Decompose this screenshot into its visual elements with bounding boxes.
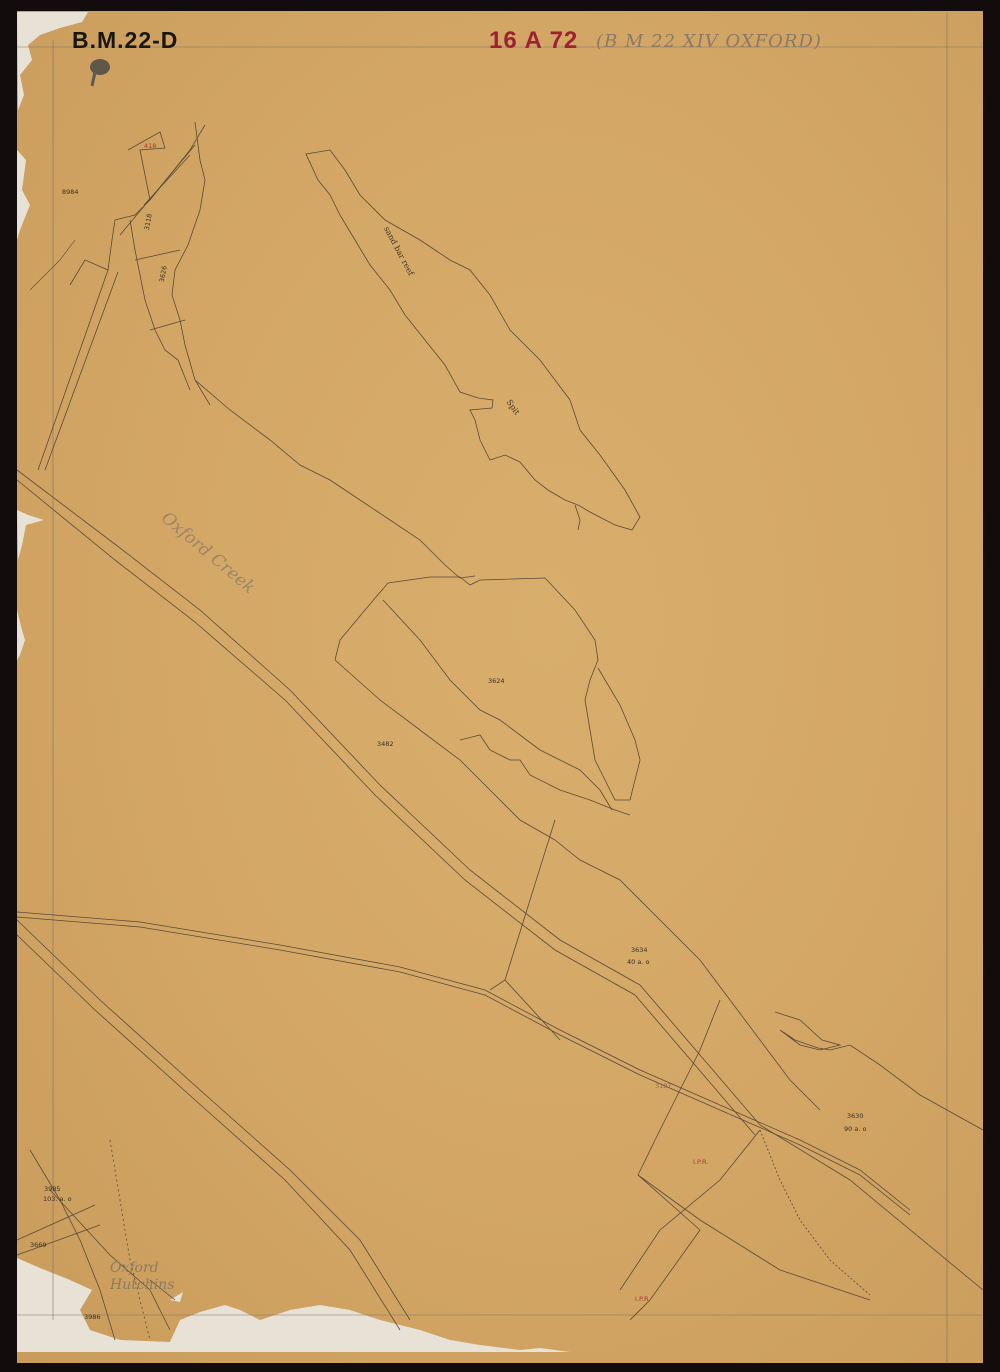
lot-area-label: 90 a. o <box>844 1125 866 1133</box>
pencil-reference-note: (B M 22 XIV OXFORD) <box>596 31 822 52</box>
lot-label: 3985 <box>44 1185 61 1193</box>
place-label-hutchins: Hutchins <box>110 1277 174 1293</box>
lot-label: 3986 <box>84 1313 101 1321</box>
lot-label: 3630 <box>847 1112 864 1120</box>
lot-label: 8984 <box>62 188 79 196</box>
lot-label: 418 <box>144 142 156 150</box>
lot-label: 3482 <box>377 740 394 748</box>
lot-area-label: 103. a. o <box>43 1195 72 1203</box>
sheet-id-stamp: B.M.22-D <box>72 27 178 54</box>
lot-label: 3107 <box>655 1082 672 1090</box>
catalog-number-stamp: 16 A 72 <box>489 27 578 55</box>
place-label-oxford: Oxford <box>110 1260 159 1276</box>
ipr-label: I.P.R. <box>635 1295 650 1303</box>
survey-linework <box>0 0 1000 1372</box>
lot-label: 3624 <box>488 677 505 685</box>
lot-label: 3669 <box>30 1241 47 1249</box>
ipr-label: I.P.R. <box>693 1158 708 1166</box>
lot-label: 3634 <box>631 946 648 954</box>
lot-area-label: 40 a. o <box>627 958 649 966</box>
